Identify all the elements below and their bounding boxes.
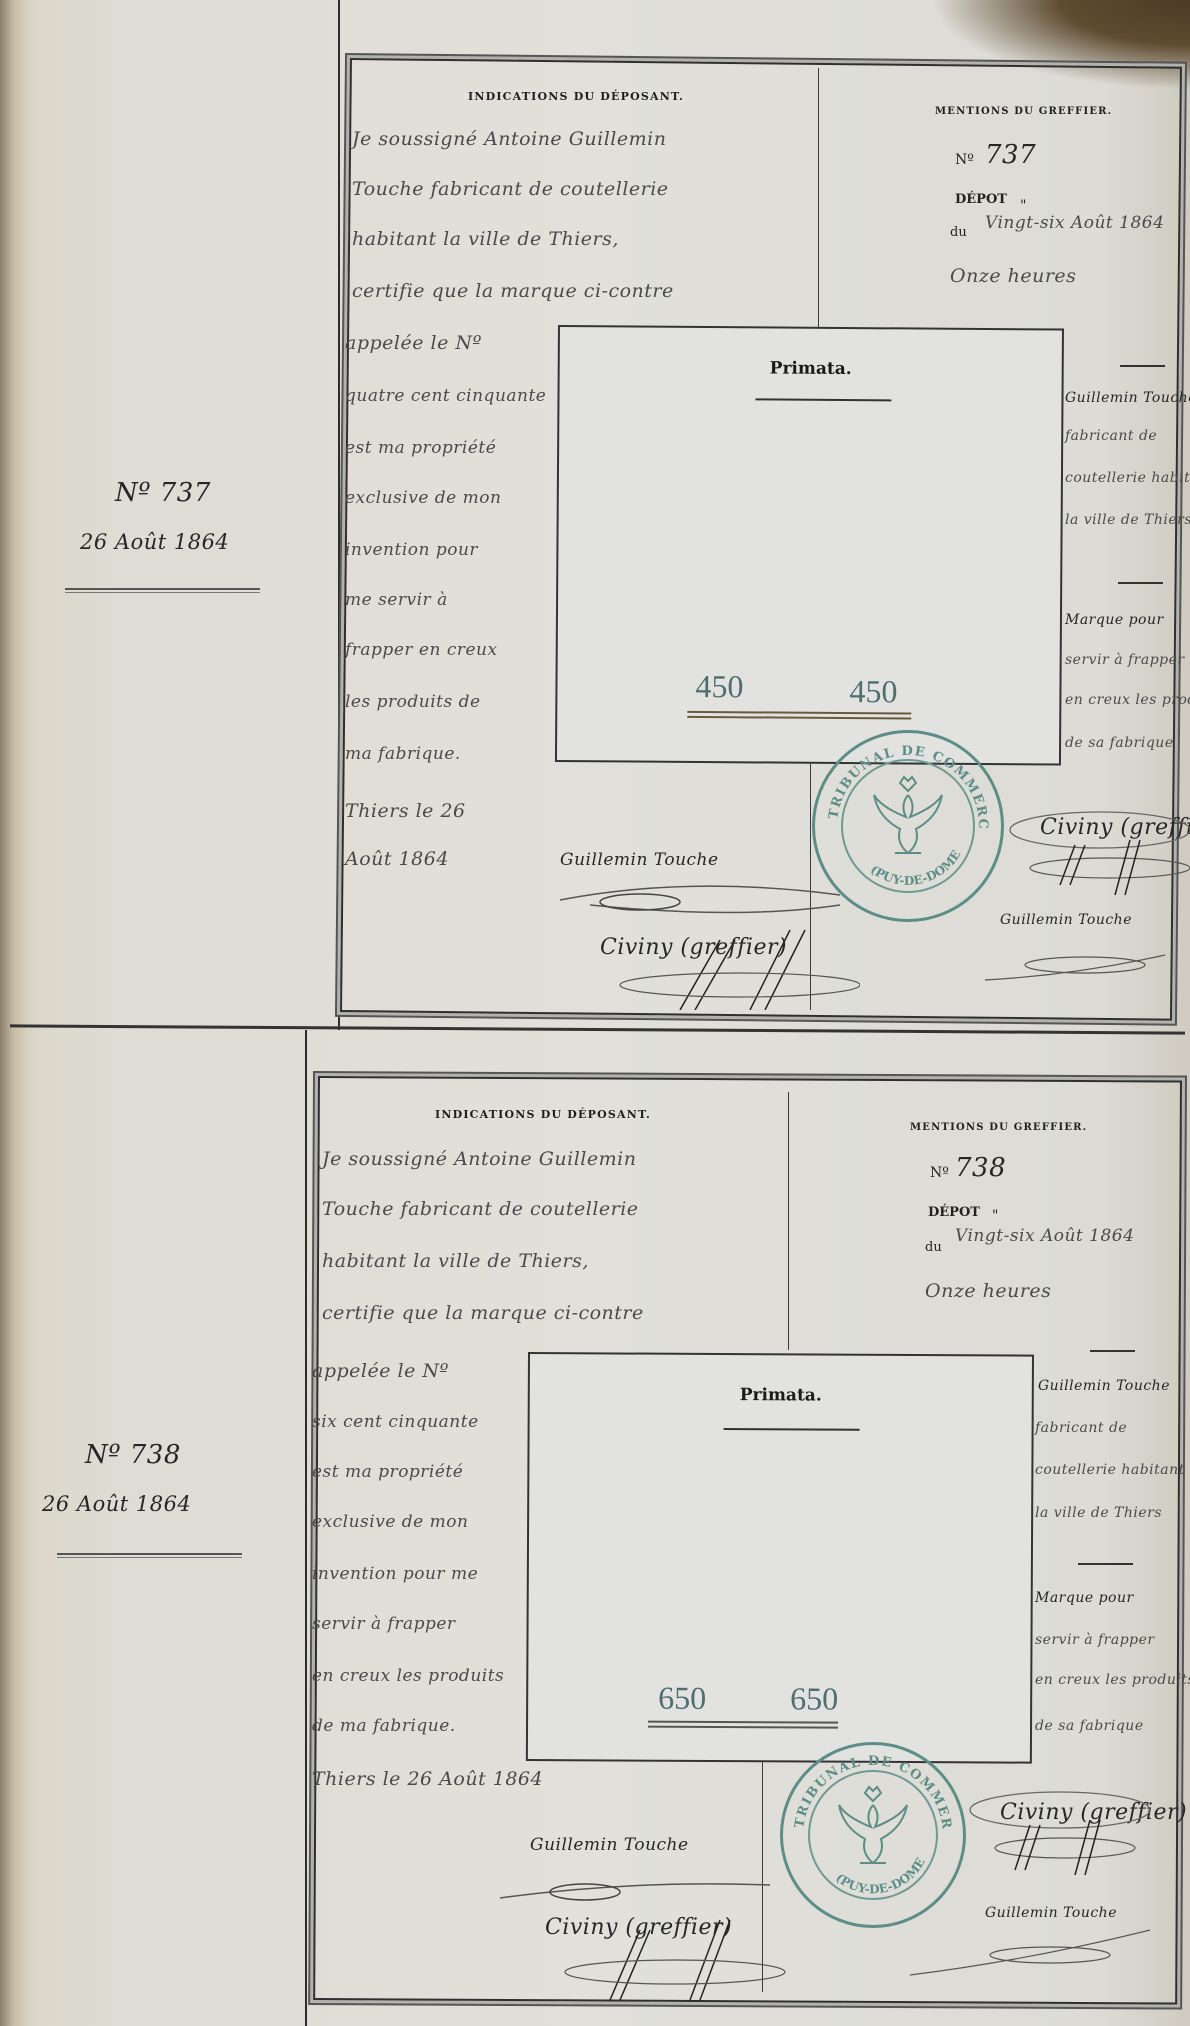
text-line: est ma propriété xyxy=(312,1462,463,1482)
text-line: quatre cent cinquante xyxy=(345,386,546,406)
greffier-note-signature: Guillemin Touche xyxy=(1000,912,1132,928)
greffier-note-signature: Guillemin Touche xyxy=(985,1905,1117,1921)
greffier-note: de sa fabrique xyxy=(1035,1718,1144,1734)
greffier-note: Marque pour xyxy=(1065,612,1164,628)
text-line: certifie que la marque ci-contre xyxy=(352,280,674,302)
text-line: Touche fabricant de coutellerie xyxy=(322,1198,639,1220)
separator xyxy=(1120,365,1165,367)
greffier-no-value: 737 xyxy=(985,140,1036,170)
text-line: appelée le Nº xyxy=(312,1360,449,1382)
text-line: Je soussigné Antoine Guillemin xyxy=(352,128,666,150)
greffier-note: fabricant de xyxy=(1035,1420,1127,1436)
separator xyxy=(1078,1563,1133,1565)
text-line: les produits de xyxy=(345,692,481,712)
greffier-depot-label: DÉPOT xyxy=(955,192,1007,207)
text-line: ma fabrique. xyxy=(345,744,461,764)
margin-note-underline xyxy=(57,1553,242,1558)
text-line: certifie que la marque ci-contre xyxy=(322,1302,644,1324)
greffier-note: la ville de Thiers xyxy=(1065,512,1190,528)
greffier-date: Vingt-six Août 1864 xyxy=(955,1226,1134,1246)
mark-title-rule xyxy=(724,1428,860,1431)
text-line: en creux les produits xyxy=(312,1666,504,1686)
text-line: habitant la ville de Thiers, xyxy=(352,228,619,250)
greffier-note: la ville de Thiers xyxy=(1035,1505,1162,1521)
greffier-signature-left: Civiny (greffier) xyxy=(600,935,787,960)
greffier-note: en creux les produits xyxy=(1065,692,1190,708)
text-line: Thiers le 26 xyxy=(345,800,466,822)
greffier-note: Guillemin Touche xyxy=(1038,1378,1170,1394)
mark-number-left: 650 xyxy=(658,1680,706,1717)
greffier-note: Guillemin Touche xyxy=(1065,390,1190,406)
greffier-note: fabricant de xyxy=(1065,428,1157,444)
book-spine xyxy=(0,0,28,2026)
text-line: habitant la ville de Thiers, xyxy=(322,1250,589,1272)
text-line: Touche fabricant de coutellerie xyxy=(352,178,669,200)
mark-title: Primata. xyxy=(560,357,1062,381)
court-stamp: TRIBUNAL DE COMMERCE DE THIERS (PUY-DE-D… xyxy=(812,730,1004,922)
greffier-note: servir à frapper xyxy=(1065,652,1185,668)
column-divider-upper xyxy=(788,1092,789,1350)
margin-line-top xyxy=(338,0,340,1030)
court-stamp: TRIBUNAL DE COMMERCE DE THIERS (PUY-DE-D… xyxy=(780,1742,966,1928)
margin-note-date: 26 Août 1864 xyxy=(42,1492,191,1516)
record-divider xyxy=(10,1024,1185,1034)
greffier-note: coutellerie habitant xyxy=(1035,1462,1185,1478)
greffier-du-label: du xyxy=(925,1240,942,1255)
greffier-note: coutellerie habitant xyxy=(1065,470,1190,486)
mark-box: Primata. 650 650 xyxy=(526,1352,1034,1764)
greffier-note: en creux les produits xyxy=(1035,1672,1190,1688)
text-line: Août 1864 xyxy=(345,848,449,870)
greffier-hour: Onze heures xyxy=(925,1280,1051,1302)
greffier-header: MENTIONS DU GREFFIER. xyxy=(910,1122,1087,1133)
text-line: servir à frapper xyxy=(312,1614,456,1634)
greffier-du-label: du xyxy=(950,225,967,240)
mark-title: Primata. xyxy=(530,1384,1032,1407)
greffier-date: Vingt-six Août 1864 xyxy=(985,213,1164,233)
greffier-flourish xyxy=(960,1780,1160,1890)
text-line: Thiers le 26 Août 1864 xyxy=(312,1768,543,1790)
greffier-no-value: 738 xyxy=(955,1153,1006,1183)
signature-flourish xyxy=(975,935,1175,995)
greffier-depot-mark: " xyxy=(1020,198,1026,214)
text-line: invention pour me xyxy=(312,1564,478,1584)
text-line: de ma fabrique. xyxy=(312,1716,456,1736)
greffier-hour: Onze heures xyxy=(950,265,1076,287)
text-line: me servir à xyxy=(345,590,448,610)
greffier-no-label: Nº xyxy=(930,1165,949,1181)
text-line: six cent cinquante xyxy=(312,1412,479,1432)
text-line: est ma propriété xyxy=(345,438,496,458)
greffier-depot-label: DÉPOT xyxy=(928,1205,980,1220)
mark-number-left: 450 xyxy=(695,668,743,705)
deposant-header: INDICATIONS DU DÉPOSANT. xyxy=(435,1108,651,1121)
greffier-note: servir à frapper xyxy=(1035,1632,1155,1648)
deposant-signature: Guillemin Touche xyxy=(530,1835,689,1855)
margin-note-number: Nº 738 xyxy=(85,1440,181,1470)
margin-note-date: 26 Août 1864 xyxy=(80,530,229,554)
mark-number-right: 450 xyxy=(849,673,897,710)
greffier-note: Marque pour xyxy=(1035,1590,1134,1606)
greffier-depot-mark: " xyxy=(992,1208,998,1224)
separator xyxy=(1090,1350,1135,1352)
mark-title-rule xyxy=(755,398,891,401)
mark-box: Primata. 450 450 xyxy=(555,325,1064,766)
greffier-signature-left: Civiny (greffier) xyxy=(545,1915,732,1940)
text-line: appelée le Nº xyxy=(345,332,482,354)
eagle-emblem-icon: TRIBUNAL DE COMMERCE DE THIERS (PUY-DE-D… xyxy=(783,1745,963,1925)
mark-double-rule xyxy=(687,711,911,720)
register-page: Nº 737 26 Août 1864 INDICATIONS DU DÉPOS… xyxy=(0,0,1190,2026)
mark-double-rule xyxy=(648,1721,838,1729)
mark-number-right: 650 xyxy=(790,1680,838,1717)
margin-note-number: Nº 737 xyxy=(115,478,211,508)
margin-note-underline xyxy=(65,588,260,593)
greffier-no-label: Nº xyxy=(955,152,974,168)
margin-line-bottom xyxy=(305,1030,307,2026)
text-line: frapper en creux xyxy=(345,640,498,660)
greffier-note: de sa fabrique xyxy=(1065,735,1174,751)
deposant-header: INDICATIONS DU DÉPOSANT. xyxy=(468,90,684,103)
separator xyxy=(1118,582,1163,584)
greffier-flourish xyxy=(1000,800,1190,910)
eagle-emblem-icon: TRIBUNAL DE COMMERCE DE THIERS (PUY-DE-D… xyxy=(815,733,1001,919)
text-line: Je soussigné Antoine Guillemin xyxy=(322,1148,636,1170)
text-line: exclusive de mon xyxy=(312,1512,468,1532)
text-line: exclusive de mon xyxy=(345,488,501,508)
greffier-header: MENTIONS DU GREFFIER. xyxy=(935,106,1112,117)
signature-flourish xyxy=(900,1920,1160,1980)
column-divider-upper xyxy=(818,68,819,328)
text-line: invention pour xyxy=(345,540,478,560)
